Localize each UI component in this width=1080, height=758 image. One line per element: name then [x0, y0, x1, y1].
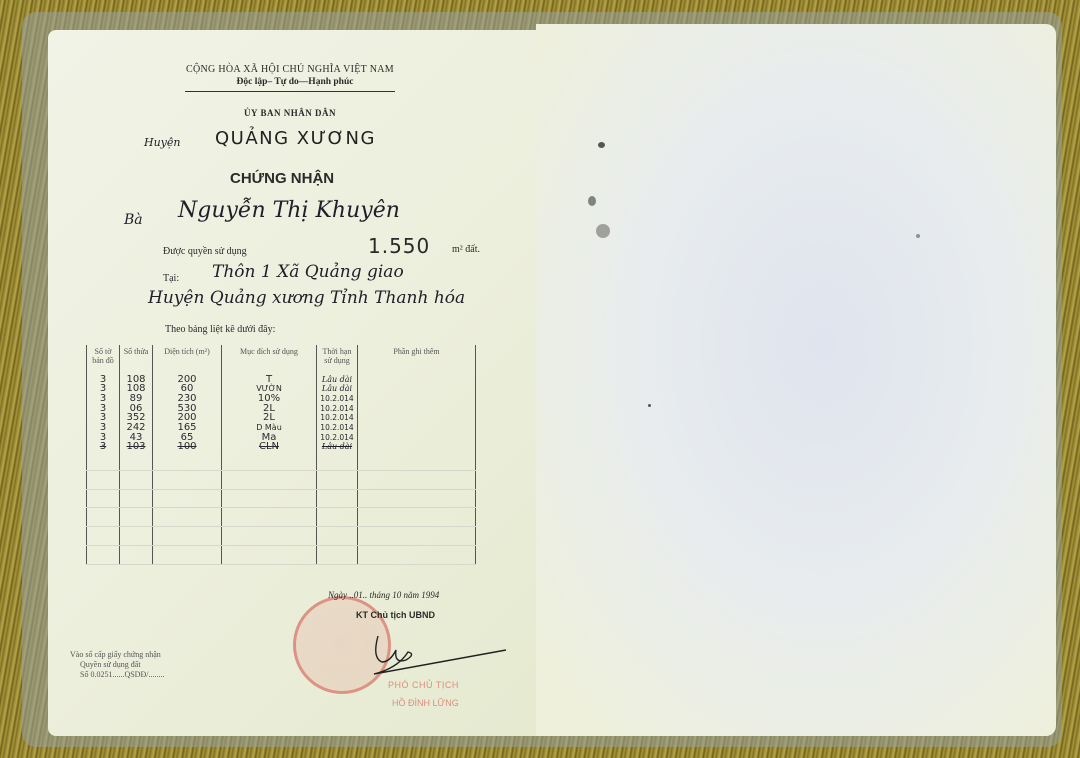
usage-unit: m² đất.: [452, 244, 480, 255]
table-row-empty: [87, 527, 476, 546]
cell: [358, 423, 476, 433]
table-row-empty: [87, 489, 476, 508]
cell: [358, 442, 476, 452]
header-divider: [185, 91, 395, 92]
cell: Lâu dài: [317, 442, 358, 452]
district-label: Huyện: [144, 136, 181, 149]
cell: 10.2.014: [317, 433, 358, 443]
col-map-sheet: Số tờ bản đồ: [87, 345, 120, 375]
table-row-struck: 3103100CLNLâu dài: [87, 442, 476, 452]
table-row-empty: [87, 452, 476, 470]
col-purpose: Mục đích sử dụng: [222, 345, 317, 375]
cell: [358, 385, 476, 395]
table-row-empty: [87, 470, 476, 489]
table-row-empty: [87, 508, 476, 527]
col-term: Thời hạn sử dụng: [317, 345, 358, 375]
col-notes: Phần ghi thêm: [358, 345, 476, 375]
cell: [358, 414, 476, 424]
cell: 103: [120, 442, 153, 452]
cell: 3: [87, 442, 120, 452]
cell: 2L: [222, 414, 317, 424]
table-row: 3242165D Màu10.2.014: [87, 423, 476, 433]
location-label: Tại:: [163, 273, 179, 284]
table-row: 38923010%10.2.014: [87, 394, 476, 404]
motto: Độc lập– Tự do—Hạnh phúc: [210, 77, 380, 87]
registry-line-3: Số 0.0251......QSDĐ/........: [70, 670, 164, 680]
land-parcel-table: Số tờ bản đồ Số thửa Diện tích (m²) Mục …: [86, 345, 476, 565]
cell: 10.2.014: [317, 423, 358, 433]
cell: 10.2.014: [317, 394, 358, 404]
cell: CLN: [222, 442, 317, 452]
country-heading: CỘNG HÒA XÃ HỘI CHỦ NGHĨA VIỆT NAM: [180, 64, 400, 75]
cell: 10.2.014: [317, 414, 358, 424]
cell: Lâu dài: [317, 385, 358, 395]
holder-name: Nguyễn Thị Khuyên: [178, 198, 400, 223]
registry-note: Vào sổ cấp giấy chứng nhận Quyền sử dụng…: [70, 650, 164, 680]
col-parcel: Số thửa: [120, 345, 153, 375]
table-row-empty: [87, 546, 476, 565]
cell: 10.2.014: [317, 404, 358, 414]
document-title: CHỨNG NHẬN: [230, 170, 334, 187]
location-line1: Thôn 1 Xã Quảng giao: [212, 262, 404, 282]
signatory-title-text: KT Chủ tịch UBND: [356, 610, 435, 620]
cell: [358, 375, 476, 385]
cell: [358, 433, 476, 443]
col-area: Diện tích (m²): [153, 345, 222, 375]
cell: [358, 404, 476, 414]
list-intro: Theo bảng liệt kê dưới đây:: [165, 324, 275, 335]
signature: [368, 628, 508, 678]
holder-label: Bà: [124, 212, 143, 228]
usage-label: Được quyền sử dụng: [163, 246, 247, 257]
district-value: QUẢNG XƯƠNG: [215, 128, 376, 149]
issue-date: Ngày ..01.. tháng 10 năm 1994: [328, 590, 439, 600]
registry-line-2: Quyền sử dụng đất: [70, 660, 164, 670]
signer-name: HỒ ĐÌNH LỮNG: [392, 698, 459, 708]
cell: [358, 394, 476, 404]
cell: Lâu dài: [317, 375, 358, 385]
table-row: 310860VƯỜNLâu dài: [87, 385, 476, 395]
cell: 100: [153, 442, 222, 452]
location-line2: Huyện Quảng xương Tỉnh Thanh hóa: [148, 288, 465, 308]
table-header-row: Số tờ bản đồ Số thửa Diện tích (m²) Mục …: [87, 345, 476, 375]
usage-area: 1.550: [368, 234, 430, 258]
signatory-title: KT Chủ tịch UBND: [356, 610, 435, 620]
authority-heading: ỦY BAN NHÂN DÂN: [200, 108, 380, 118]
registry-line-1: Vào sổ cấp giấy chứng nhận: [70, 650, 164, 660]
certificate-right-page-blank: [536, 24, 1056, 736]
signer-role: PHÓ CHỦ TỊCH: [388, 680, 459, 690]
